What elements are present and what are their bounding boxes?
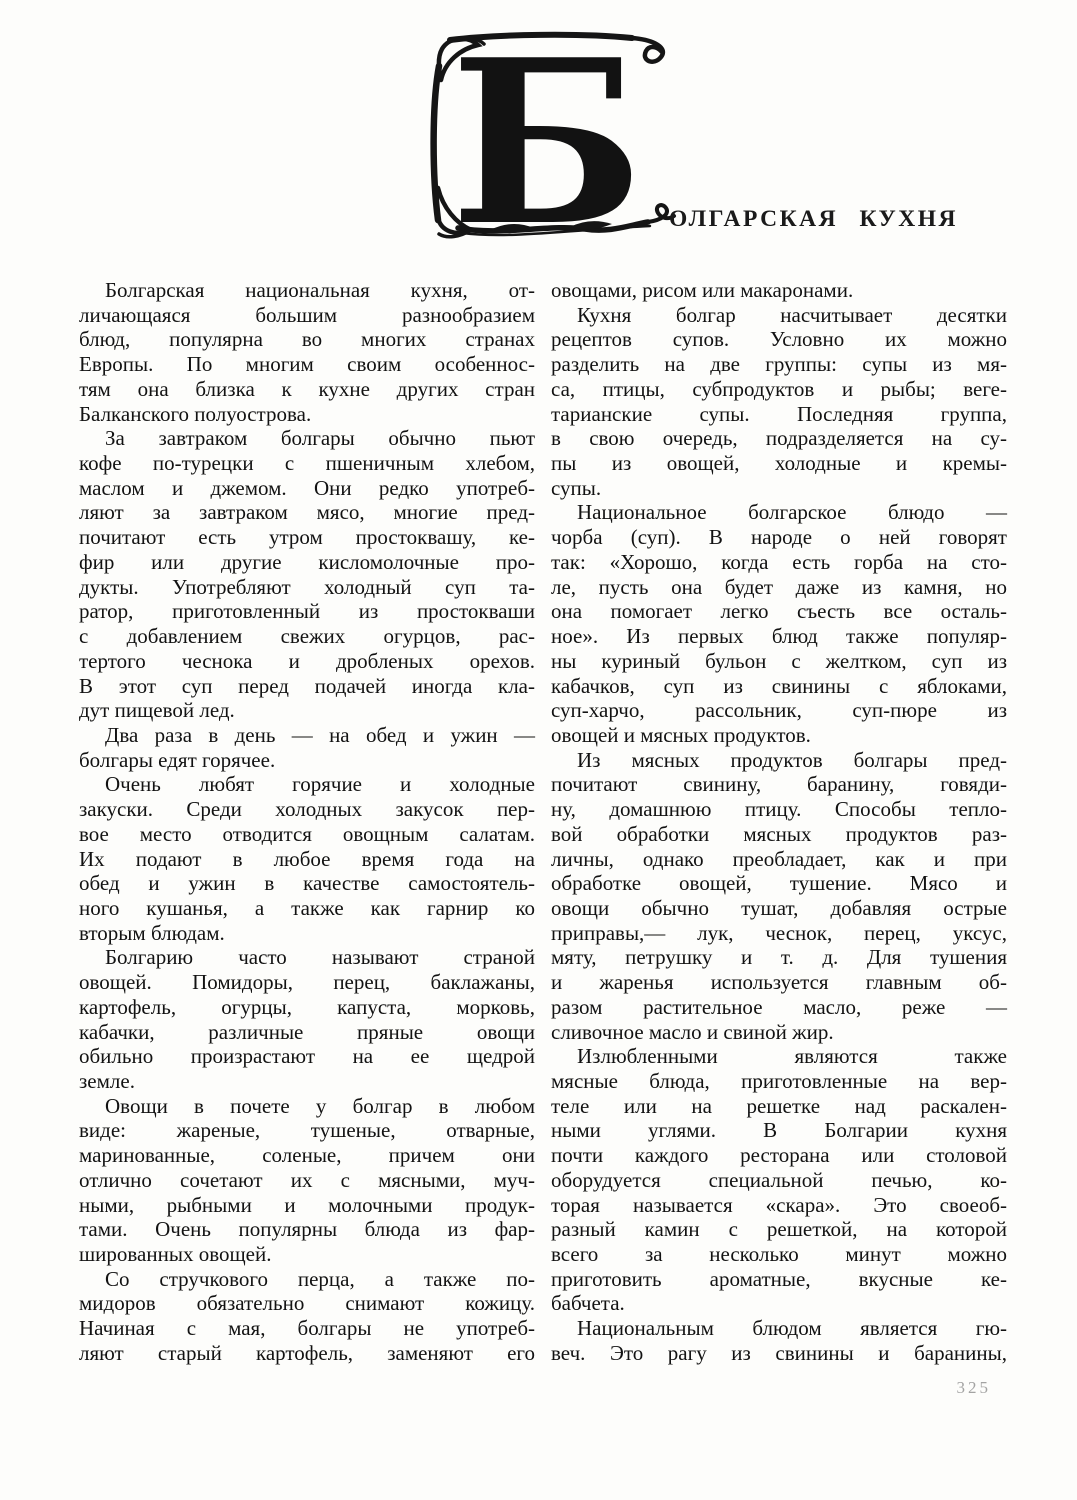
text-line: дут пищевой лед. (79, 698, 535, 723)
text-line: приготовить ароматные, вкусные ке- (551, 1267, 1007, 1292)
text-line: ными углями. В Болгарии кухня (551, 1118, 1007, 1143)
text-line: болгары едят горячее. (79, 748, 535, 773)
text-line: ле, пусть она будет даже из камня, но (551, 575, 1007, 600)
text-line: шированных овощей. (79, 1242, 535, 1267)
text-line: личны, однако преобладает, как и при (551, 847, 1007, 872)
text-line: обильно произрастают на ее щедрой (79, 1044, 535, 1069)
text-line: тами. Очень популярны блюда из фар- (79, 1217, 535, 1242)
text-line: пы из овощей, холодные и кремы- (551, 451, 1007, 476)
text-line: разный камин с решеткой, на которой (551, 1217, 1007, 1242)
text-line: За завтраком болгары обычно пьют (79, 426, 535, 451)
text-line: обед и ужин в качестве самостоятель- (79, 871, 535, 896)
text-line: отлично сочетают их с мясными, муч- (79, 1168, 535, 1193)
text-line: ну, домашнюю птицу. Способы тепло- (551, 797, 1007, 822)
text-line: В этот суп перед подачей иногда кла- (79, 674, 535, 699)
text-line: суп-харчо, рассольник, суп-пюре из (551, 698, 1007, 723)
text-line: Болгарию часто называют страной (79, 945, 535, 970)
text-line: Овощи в почете у болгар в любом (79, 1094, 535, 1119)
text-line: почти каждого ресторана или столовой (551, 1143, 1007, 1168)
text-line: ного кушанья, а также как гарнир ко (79, 896, 535, 921)
text-line: Национальным блюдом является гю- (551, 1316, 1007, 1341)
text-line: овощей. Помидоры, перец, баклажаны, (79, 970, 535, 995)
text-line: сливочное масло и свиной жир. (551, 1020, 1007, 1045)
text-line: картофель, огурцы, капуста, морковь, (79, 995, 535, 1020)
text-line: кабачков, суп из свинины с яблоками, (551, 674, 1007, 699)
text-line: почитают есть утром простоквашу, ке- (79, 525, 535, 550)
text-line: ными, рыбными и молочными продук- (79, 1193, 535, 1218)
text-line: чорба (суп). В народе о ней говорят (551, 525, 1007, 550)
text-line: рецептов супов. Условно их можно (551, 327, 1007, 352)
text-line: закуски. Среди холодных закусок пер- (79, 797, 535, 822)
left-column: Болгарская национальная кухня, от-личающ… (79, 278, 535, 1366)
text-line: всего за несколько минут можно (551, 1242, 1007, 1267)
text-line: вой обработки мясных продуктов раз- (551, 822, 1007, 847)
text-line: почитают свинину, баранину, говяди- (551, 772, 1007, 797)
text-line: в свою очередь, подразделяется на су- (551, 426, 1007, 451)
text-line: мидоров обязательно снимают кожицу. (79, 1291, 535, 1316)
text-line: теле или на решетке над раскален- (551, 1094, 1007, 1119)
text-line: Их подают в любое время года на (79, 847, 535, 872)
text-line: разом растительное масло, реже — (551, 995, 1007, 1020)
text-line: Два раза в день — на обед и ужин — (79, 723, 535, 748)
chapter-title: ОЛГАРСКАЯ КУХНЯ (669, 206, 958, 233)
text-line: Кухня болгар насчитывает десятки (551, 303, 1007, 328)
text-line: дукты. Употребляют холодный суп та- (79, 575, 535, 600)
text-line: са, птицы, субпродуктов и рыбы; веге- (551, 377, 1007, 402)
text-line: маринованные, соленые, причем они (79, 1143, 535, 1168)
text-line: виде: жареные, тушеные, отварные, (79, 1118, 535, 1143)
text-line: разделить на две группы: супы из мя- (551, 352, 1007, 377)
text-line: Балканского полуострова. (79, 402, 535, 427)
book-page: Б ОЛГАРСКАЯ КУХНЯ Болгарская национальна… (0, 0, 1077, 1500)
text-line: ны куриный бульон с желтком, суп из (551, 649, 1007, 674)
text-line: личающаяся большим разнообразием (79, 303, 535, 328)
text-line: обработке овощей, тушение. Мясо и (551, 871, 1007, 896)
text-line: фир или другие кисломолочные про- (79, 550, 535, 575)
text-line: Национальное болгарское блюдо — (551, 500, 1007, 525)
text-line: овощи обычно тушат, добавляя острые (551, 896, 1007, 921)
text-line: она помогает легко съесть все осталь- (551, 599, 1007, 624)
text-line: и жаренья используется главным об- (551, 970, 1007, 995)
text-line: ляют за завтраком мясо, многие пред- (79, 500, 535, 525)
text-line: тертого чеснока и дробленых орехов. (79, 649, 535, 674)
drop-cap-letter: Б (450, 24, 643, 248)
text-line: ратор, приготовленный из простокваши (79, 599, 535, 624)
text-line: маслом и джемом. Они редко употреб- (79, 476, 535, 501)
text-line: мяту, петрушку и т. д. Для тушения (551, 945, 1007, 970)
text-line: Начиная с мая, болгары не употреб- (79, 1316, 535, 1341)
text-line: Очень любят горячие и холодные (79, 772, 535, 797)
text-columns: Болгарская национальная кухня, от-личающ… (79, 278, 1007, 1366)
text-line: с добавлением свежих огурцов, рас- (79, 624, 535, 649)
right-column: овощами, рисом или макаронами.Кухня болг… (551, 278, 1007, 1366)
text-line: приправы,— лук, чеснок, перец, уксус, (551, 921, 1007, 946)
text-line: ное». Из первых блюд также популяр- (551, 624, 1007, 649)
text-line: так: «Хорошо, когда есть горба на сто- (551, 550, 1007, 575)
text-line: веч. Это рагу из свинины и баранины, (551, 1341, 1007, 1366)
text-line: Европы. По многим своим особеннос- (79, 352, 535, 377)
text-line: Болгарская национальная кухня, от- (79, 278, 535, 303)
text-line: вое место отводится овощным салатам. (79, 822, 535, 847)
text-line: Со стручкового перца, а также по- (79, 1267, 535, 1292)
text-line: земле. (79, 1069, 535, 1094)
text-line: блюд, популярна во многих странах (79, 327, 535, 352)
page-number: 325 (957, 1378, 992, 1398)
text-line: вторым блюдам. (79, 921, 535, 946)
text-line: торая называется «скара». Это своеоб- (551, 1193, 1007, 1218)
text-line: Из мясных продуктов болгары пред- (551, 748, 1007, 773)
text-line: тарианские супы. Последняя группа, (551, 402, 1007, 427)
text-line: Излюбленными являются также (551, 1044, 1007, 1069)
text-line: кабачки, различные пряные овощи (79, 1020, 535, 1045)
text-line: супы. (551, 476, 1007, 501)
text-line: оборудуется специальной печью, ко- (551, 1168, 1007, 1193)
text-line: овощами, рисом или макаронами. (551, 278, 1007, 303)
text-line: мясные блюда, приготовленные на вер- (551, 1069, 1007, 1094)
text-line: бабчета. (551, 1291, 1007, 1316)
text-line: тям она близка к кухне других стран (79, 377, 535, 402)
text-line: ляют старый картофель, заменяют его (79, 1341, 535, 1366)
text-line: овощей и мясных продуктов. (551, 723, 1007, 748)
text-line: кофе по-турецки с пшеничным хлебом, (79, 451, 535, 476)
